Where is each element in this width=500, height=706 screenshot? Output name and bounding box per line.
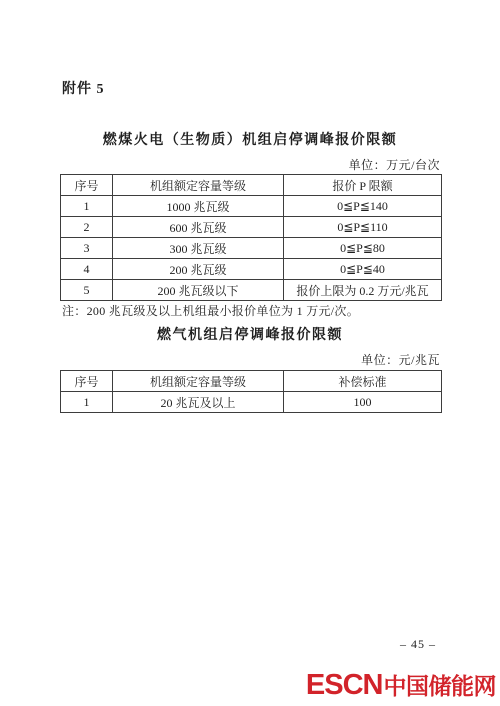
attachment-label: 附件 5 — [62, 78, 105, 98]
table-header-row: 序号 机组额定容量等级 报价 P 限额 — [61, 175, 442, 196]
cell-number: 5 — [61, 280, 113, 301]
cell-capacity: 200 兆瓦级 — [113, 259, 284, 280]
table-row: 2 600 兆瓦级 0≦P≦110 — [61, 217, 442, 238]
cell-capacity: 300 兆瓦级 — [113, 238, 284, 259]
col-header-compensation: 补偿标准 — [284, 371, 442, 392]
table-row: 1 20 兆瓦及以上 100 — [61, 392, 442, 413]
cell-capacity: 200 兆瓦级以下 — [113, 280, 284, 301]
table-row: 4 200 兆瓦级 0≦P≦40 — [61, 259, 442, 280]
cell-price-limit: 0≦P≦40 — [284, 259, 442, 280]
cell-price-limit: 0≦P≦80 — [284, 238, 442, 259]
table-row: 1 1000 兆瓦级 0≦P≦140 — [61, 196, 442, 217]
cell-number: 2 — [61, 217, 113, 238]
gas-units-price-limit-table: 序号 机组额定容量等级 补偿标准 1 20 兆瓦及以上 100 — [60, 370, 442, 413]
cell-number: 3 — [61, 238, 113, 259]
col-header-number: 序号 — [61, 175, 113, 196]
col-header-number: 序号 — [61, 371, 113, 392]
cell-capacity: 1000 兆瓦级 — [113, 196, 284, 217]
cell-number: 1 — [61, 196, 113, 217]
cell-price-limit: 0≦P≦140 — [284, 196, 442, 217]
section1-unit-label: 单位：万元/台次 — [349, 156, 440, 173]
cell-number: 4 — [61, 259, 113, 280]
section2-unit-label: 单位：元/兆瓦 — [361, 351, 440, 368]
section2-title: 燃气机组启停调峰报价限额 — [0, 324, 500, 344]
escn-logo-text: ESCN — [306, 671, 383, 700]
table-footnote: 注：200 兆瓦级及以上机组最小报价单位为 1 万元/次。 — [62, 302, 359, 319]
cell-capacity: 20 兆瓦及以上 — [113, 392, 284, 413]
col-header-price-limit: 报价 P 限额 — [284, 175, 442, 196]
cell-capacity: 600 兆瓦级 — [113, 217, 284, 238]
cell-compensation: 100 — [284, 392, 442, 413]
cell-number: 1 — [61, 392, 113, 413]
table-row: 5 200 兆瓦级以下 报价上限为 0.2 万元/兆瓦 — [61, 280, 442, 301]
page-number: – 45 – — [400, 637, 436, 652]
document-page: 附件 5 燃煤火电（生物质）机组启停调峰报价限额 单位：万元/台次 序号 机组额… — [0, 0, 500, 706]
col-header-capacity: 机组额定容量等级 — [113, 371, 284, 392]
escn-watermark-logo: ESCN 中国储能网 — [306, 671, 496, 700]
escn-logo-chinese-text: 中国储能网 — [384, 675, 497, 698]
section1-title: 燃煤火电（生物质）机组启停调峰报价限额 — [0, 129, 500, 149]
coal-units-price-limit-table: 序号 机组额定容量等级 报价 P 限额 1 1000 兆瓦级 0≦P≦140 2… — [60, 174, 442, 301]
cell-price-limit: 报价上限为 0.2 万元/兆瓦 — [284, 280, 442, 301]
table-row: 3 300 兆瓦级 0≦P≦80 — [61, 238, 442, 259]
col-header-capacity: 机组额定容量等级 — [113, 175, 284, 196]
table-header-row: 序号 机组额定容量等级 补偿标准 — [61, 371, 442, 392]
cell-price-limit: 0≦P≦110 — [284, 217, 442, 238]
